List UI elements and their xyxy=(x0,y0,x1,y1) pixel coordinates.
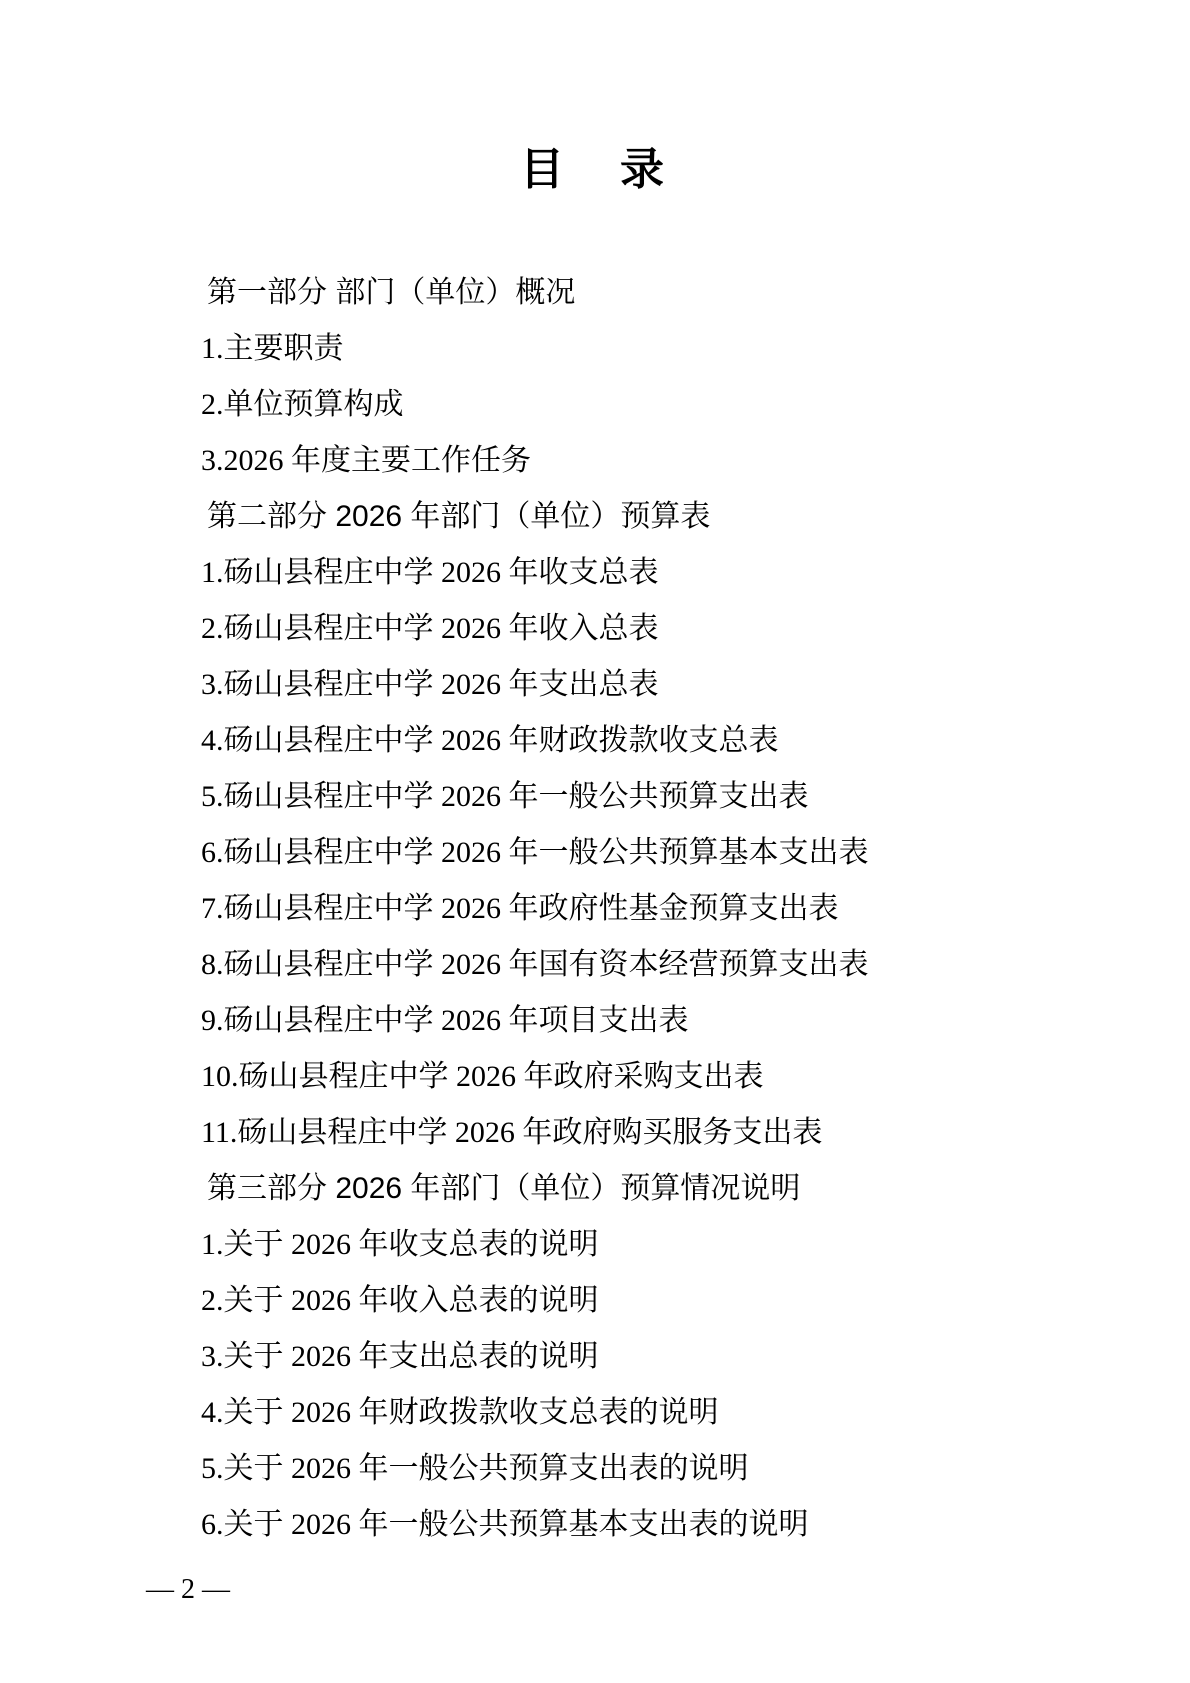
toc-item: 3.关于 2026 年支出总表的说明 xyxy=(0,1329,1190,1385)
toc-list: 第一部分 部门（单位）概况 1.主要职责 2.单位预算构成 3.2026 年度主… xyxy=(0,265,1190,1553)
toc-item: 1.主要职责 xyxy=(0,321,1190,377)
toc-item: 2.砀山县程庄中学 2026 年收入总表 xyxy=(0,601,1190,657)
document-page: 目 录 第一部分 部门（单位）概况 1.主要职责 2.单位预算构成 3.2026… xyxy=(0,0,1190,1683)
toc-item: 8.砀山县程庄中学 2026 年国有资本经营预算支出表 xyxy=(0,937,1190,993)
toc-item: 11.砀山县程庄中学 2026 年政府购买服务支出表 xyxy=(0,1105,1190,1161)
toc-item: 3.2026 年度主要工作任务 xyxy=(0,433,1190,489)
toc-section-part2: 第二部分 2026 年部门（单位）预算表 xyxy=(0,489,1190,545)
toc-item: 1.关于 2026 年收支总表的说明 xyxy=(0,1217,1190,1273)
page-title: 目 录 xyxy=(0,140,1190,200)
toc-item: 7.砀山县程庄中学 2026 年政府性基金预算支出表 xyxy=(0,881,1190,937)
toc-item: 9.砀山县程庄中学 2026 年项目支出表 xyxy=(0,993,1190,1049)
toc-item: 1.砀山县程庄中学 2026 年收支总表 xyxy=(0,545,1190,601)
toc-item: 4.关于 2026 年财政拨款收支总表的说明 xyxy=(0,1385,1190,1441)
toc-item: 2.单位预算构成 xyxy=(0,377,1190,433)
toc-item: 3.砀山县程庄中学 2026 年支出总表 xyxy=(0,657,1190,713)
toc-section-part3: 第三部分 2026 年部门（单位）预算情况说明 xyxy=(0,1161,1190,1217)
toc-section-part1: 第一部分 部门（单位）概况 xyxy=(0,265,1190,321)
toc-item: 5.关于 2026 年一般公共预算支出表的说明 xyxy=(0,1441,1190,1497)
toc-item: 6.砀山县程庄中学 2026 年一般公共预算基本支出表 xyxy=(0,825,1190,881)
toc-item: 10.砀山县程庄中学 2026 年政府采购支出表 xyxy=(0,1049,1190,1105)
toc-item: 6.关于 2026 年一般公共预算基本支出表的说明 xyxy=(0,1497,1190,1553)
page-number: — 2 — xyxy=(146,1574,230,1606)
toc-item: 5.砀山县程庄中学 2026 年一般公共预算支出表 xyxy=(0,769,1190,825)
toc-item: 4.砀山县程庄中学 2026 年财政拨款收支总表 xyxy=(0,713,1190,769)
toc-item: 2.关于 2026 年收入总表的说明 xyxy=(0,1273,1190,1329)
